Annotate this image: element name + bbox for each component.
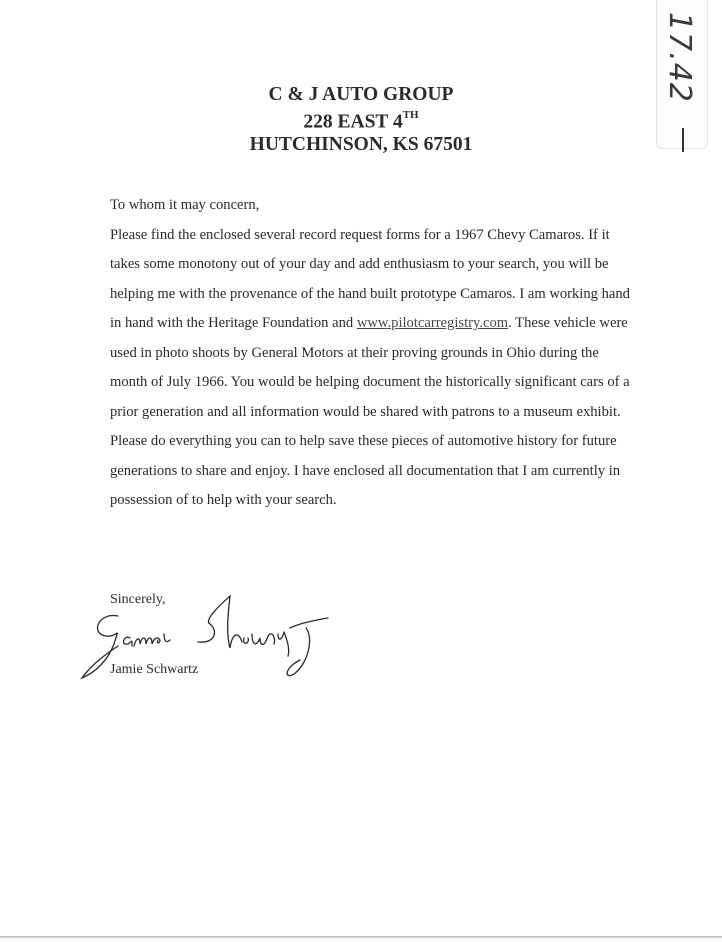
body-line: Please do everything you can to help sav…	[110, 427, 650, 457]
signer-name: Jamie Schwartz	[110, 662, 198, 678]
body-line: prior generation and all information wou…	[110, 398, 650, 428]
street-address: 228 EAST 4TH	[0, 106, 722, 134]
letterhead: C & J AUTO GROUP 228 EAST 4TH HUTCHINSON…	[0, 84, 722, 156]
body-line: helping me with the provenance of the ha…	[110, 280, 650, 310]
salutation: To whom it may concern,	[110, 191, 650, 221]
company-name: C & J AUTO GROUP	[0, 84, 722, 106]
body-line: possession of to help with your search.	[110, 486, 650, 516]
body-line: used in photo shoots by General Motors a…	[110, 339, 650, 369]
body-line: generations to share and enjoy. I have e…	[110, 457, 650, 487]
city-state-zip: HUTCHINSON, KS 67501	[0, 134, 722, 156]
page-edge	[0, 936, 722, 938]
registry-link[interactable]: www.pilotcarregistry.com	[357, 315, 508, 331]
body-line: in hand with the Heritage Foundation and…	[110, 309, 650, 339]
body-line: month of July 1966. You would be helping…	[110, 368, 650, 398]
body-line: takes some monotony out of your day and …	[110, 250, 650, 280]
letter-body: To whom it may concern, Please find the …	[110, 191, 650, 516]
body-line: Please find the enclosed several record …	[110, 221, 650, 251]
